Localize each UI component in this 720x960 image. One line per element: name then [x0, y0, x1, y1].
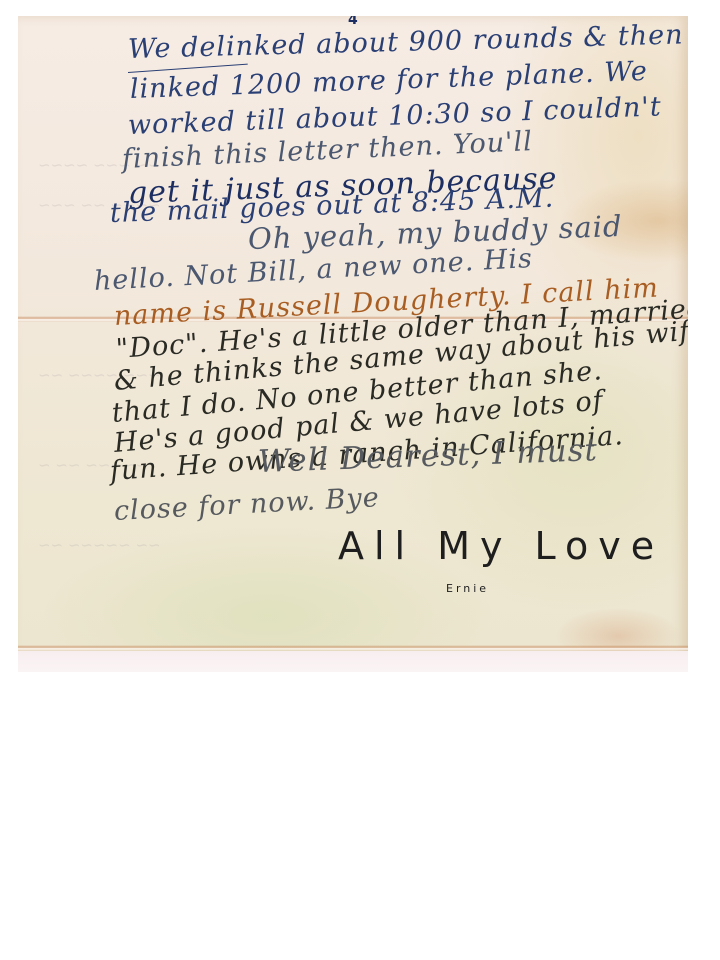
closing-signature: All My Love [338, 524, 664, 568]
signature-name: Ernie [446, 582, 489, 595]
letter-page: ~~ ~~~ ~~~~ ~~~~ ~~ ~~~ ~~~ ~~~~ ~~ ~~~~… [18, 16, 688, 672]
letter-line-16: close for now. Bye [113, 482, 380, 527]
folded-bottom-strip [18, 651, 688, 672]
page-number: 4 [348, 16, 358, 28]
bleed-through-text: ~~ ~~~~~ ~~ [38, 536, 161, 554]
